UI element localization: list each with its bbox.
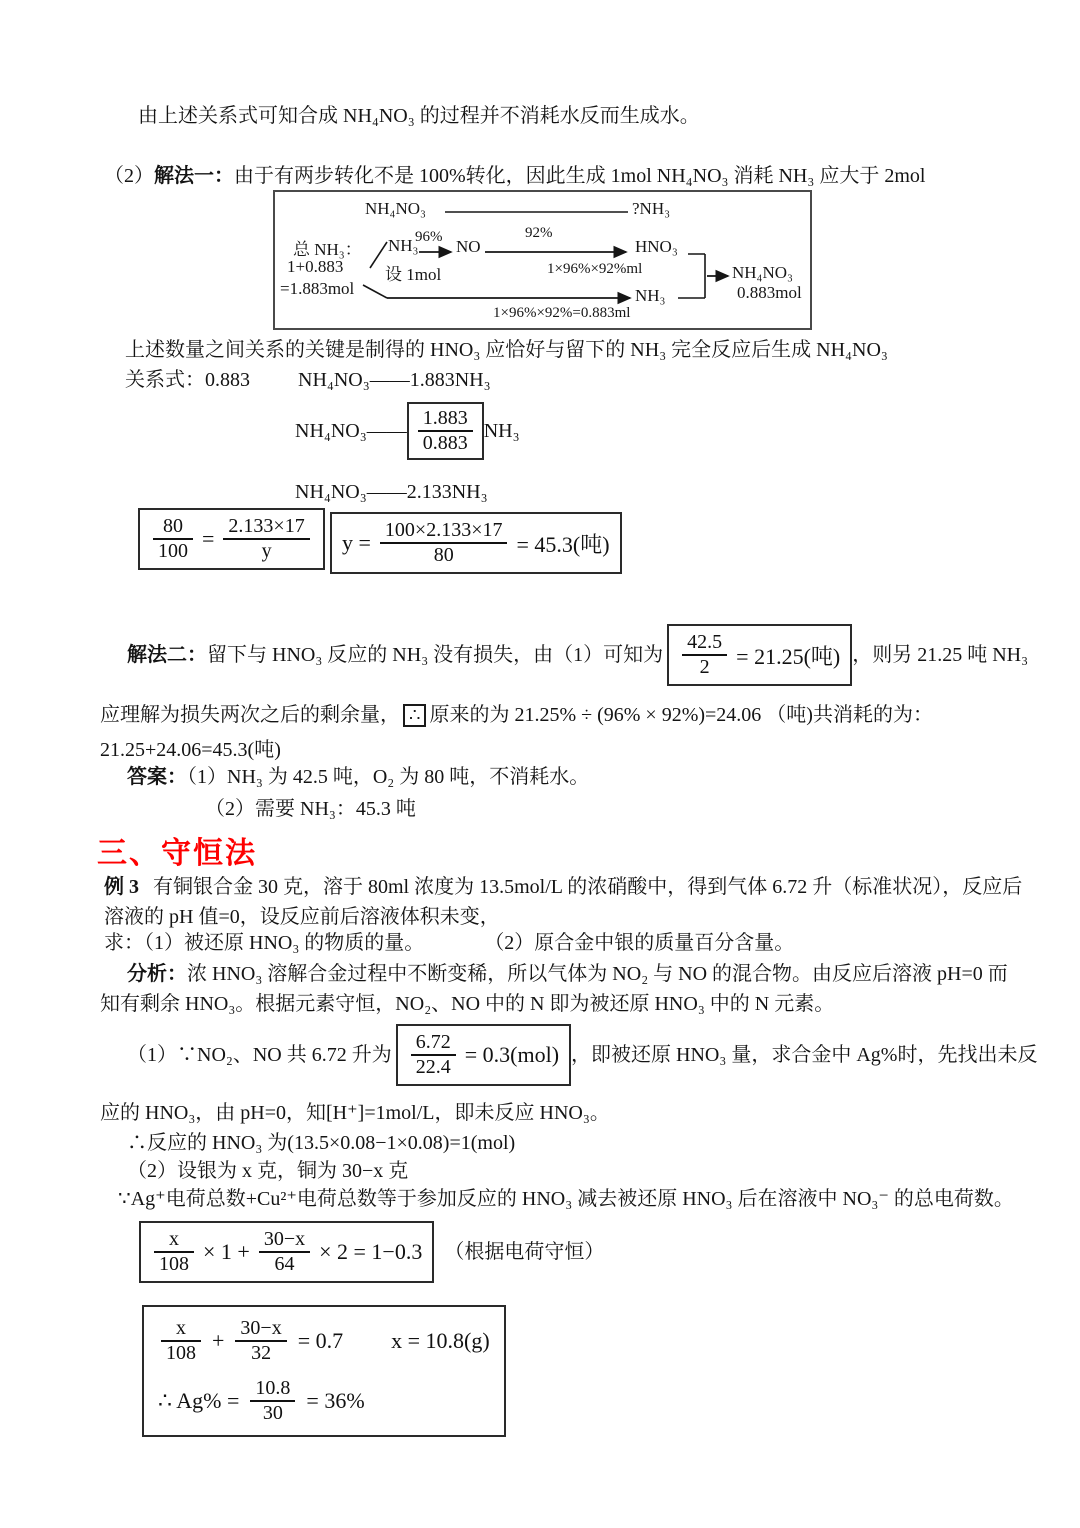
frac-den: 30 [250,1402,295,1425]
frac-den: 64 [259,1253,310,1276]
diagram-hno3: HNO₃ [635,237,678,257]
therefore-symbol-boxed: ∴ [403,704,426,728]
charge-eq-note: （根据电荷守恒） [444,1239,604,1266]
example3-label: 例 3 [104,876,139,898]
y-lead: y = [342,530,371,556]
relation-2133: NH₄NO₃——2.133NH₃ [295,479,488,506]
method1-prefix: （2） [104,165,154,187]
frac-den: 100 [153,540,193,563]
example3-question1: 求：（1）被还原 HNO₃ 的物质的量。 [104,930,424,957]
diagram-assume-1mol: 设 1mol [385,260,441,285]
frac-num: 80 [153,515,193,540]
analysis-label: 分析： [127,963,187,985]
frac-num: 30−x [235,1317,286,1342]
reaction-flow-diagram: NH₄NO₃ ?NH₃ 总 NH₃： 1+0.883 =1.883mol NH₃… [273,190,812,330]
relation-line: 关系式：0.883 NH₄NO₃——1.883NH₃ [125,367,491,394]
frac-num: 2.133×17 [223,515,309,540]
frac-den: 108 [154,1253,194,1276]
frac-num: x [154,1228,194,1253]
eq2-plus: + [212,1328,224,1354]
method2-cont-line: 应理解为损失两次之后的剩余量， ∴ 原来的为 21.25% ÷ (96% × 9… [100,702,933,729]
final-eq-line2: ∴ Ag% = 10.830 = 36% [158,1377,490,1425]
analysis-line2: 知有剩余 HNO₃。根据元素守恒，NO₂、NO 中的 N 即为被还原 HNO₃ … [100,991,834,1018]
charge-eq-row: x108 × 1 + 30−x64 × 2 = 1−0.3 （根据电荷守恒） [139,1221,604,1283]
answer-line1: 答案：（1）NH₃ 为 42.5 吨，O₂ 为 80 吨，不消耗水。 [127,764,589,791]
method2-post: ，则另 21.25 吨 NH₃ [852,642,1028,669]
diagram-question-nh3: ?NH₃ [632,199,670,219]
method2-box: 42.52 = 21.25(吨) [667,624,852,686]
frac-den: 80 [380,544,508,567]
y-result: = 45.3(吨) [516,528,609,559]
document-page: 由上述关系式可知合成 NH₄NO₃ 的过程并不消耗水反而生成水。 （2）解法一：… [0,0,1080,1528]
step1-pre: （1）∵NO₂、NO 共 6.72 升为 [127,1042,392,1069]
eq1-tail: × 2 = 1−0.3 [319,1239,422,1265]
frac-den: 32 [235,1342,286,1365]
analysis-line1: 分析：浓 HNO₃ 溶解合金过程中不断变稀，所以气体为 NO₂ 与 NO 的混合… [127,961,1008,988]
frac-num: x [161,1317,201,1342]
method2-cont-pre: 应理解为损失两次之后的剩余量， [100,702,400,729]
diagram-result-amount: 0.883mol [737,283,802,303]
diagram-result-formula: NH₄NO₃ [732,263,793,283]
relation-label: 关系式：0.883 [125,367,250,394]
diagram-total-sum: 1+0.883 [287,257,343,277]
step1-conclusion: ∴反应的 HNO₃ 为(13.5×0.08−1×0.08)=1(mol) [127,1130,515,1157]
example3-line3: 求：（1）被还原 HNO₃ 的物质的量。 （2）原合金中银的质量百分含量。 [104,930,794,957]
final-eq-line1: x108 + 30−x32 = 0.7 x = 10.8(g) [158,1317,490,1365]
answer-text1: （1）NH₃ 为 42.5 吨，O₂ 为 80 吨，不消耗水。 [187,766,589,788]
frac-num: 30−x [259,1228,310,1253]
frac-num: 100×2.133×17 [380,519,508,544]
frac-num: 42.5 [682,631,727,656]
key-sentence: 上述数量之间关系的关键是制得的 HNO₃ 应恰好与留下的 NH₃ 完全反应后生成… [125,337,888,364]
method2-line: 解法二： 留下与 HNO₃ 反应的 NH₃ 没有损失，由（1）可知为 42.52… [127,624,1028,686]
intro-paragraph: 由上述关系式可知合成 NH₄NO₃ 的过程并不消耗水反而生成水。 [138,103,700,130]
eq1-mid: × 1 + [203,1239,250,1265]
step1-eq: = 0.3(mol) [465,1042,559,1068]
step2-because: ∵Ag⁺电荷总数+Cu²⁺电荷总数等于参加反应的 HNO₃ 减去被还原 HNO₃… [118,1186,1014,1213]
method1-text: 由于有两步转化不是 100%转化，因此生成 1mol NH₄NO₃ 消耗 NH₃… [234,165,925,187]
step1-post: ，即被还原 HNO₃ 量，求合金中 Ag%时，先找出未反 [571,1042,1037,1069]
fraction-relation-line: NH₄NO₃—— 1.8830.883 NH₃ [295,400,520,462]
diagram-nh3-mid: NH₃ [388,236,418,256]
diagram-nh3-bottom: NH₃ [635,286,665,306]
fraction-relation-right: NH₃ [484,418,520,445]
method2-label: 解法二： [127,642,207,669]
frac-den: 22.4 [411,1056,456,1079]
method1-label: 解法一： [154,165,234,187]
eq2-lead2: ∴ Ag% = [158,1388,239,1414]
relation-formula: NH₄NO₃——1.883NH₃ [298,367,491,394]
example3-question2: （2）原合金中银的质量百分含量。 [484,930,794,957]
proportion-box: 80100 = 2.133×17y [138,508,325,570]
frac-num: 10.8 [250,1377,295,1402]
solve-y-box: y = 100×2.133×1780 = 45.3(吨) [330,512,622,574]
answer-label: 答案： [127,766,187,788]
step1-line: （1）∵NO₂、NO 共 6.72 升为 6.7222.4 = 0.3(mol)… [127,1026,1037,1084]
fraction-relation-box: 1.8830.883 [407,402,484,460]
frac-num: 1.883 [418,407,473,432]
eq2-r1: = 0.7 [298,1328,343,1354]
equals-sign: = [202,526,214,552]
diagram-92pct-label: 92% [525,225,553,242]
final-solution-box: x108 + 30−x32 = 0.7 x = 10.8(g) ∴ Ag% = … [142,1305,506,1437]
frac-num: 6.72 [411,1031,456,1056]
eq2-r2: x = 10.8(g) [391,1328,490,1354]
method2-cont-post: 原来的为 21.25% ÷ (96% × 92%)=24.06 （吨)共消耗的为… [429,702,933,729]
analysis-text1: 浓 HNO₃ 溶解合金过程中不断变稀，所以气体为 NO₂ 与 NO 的混合物。由… [187,963,1008,985]
frac-den: 0.883 [418,432,473,455]
step2-setup: （2）设银为 x 克，铜为 30−x 克 [127,1158,408,1185]
method2-pre: 留下与 HNO₃ 反应的 NH₃ 没有损失，由（1）可知为 [207,642,663,669]
frac-den: 108 [161,1342,201,1365]
method2-sum-line: 21.25+24.06=45.3(吨) [100,737,281,764]
diagram-96pct-label: 96% [415,229,443,246]
method1-line: （2）解法一：由于有两步转化不是 100%转化，因此生成 1mol NH₄NO₃… [104,163,925,190]
frac-den: 2 [682,656,727,679]
diagram-nh4no3-top: NH₄NO₃ [365,199,426,219]
diagram-mid-calc: 1×96%×92%ml [547,261,642,278]
step1-box: 6.7222.4 = 0.3(mol) [396,1024,571,1086]
fraction-relation-left: NH₄NO₃—— [295,418,407,445]
diagram-total-result: =1.883mol [280,279,354,299]
section-heading: 三、守恒法 [97,828,257,872]
example3-text1: 有铜银合金 30 克，溶于 80ml 浓度为 13.5mol/L 的浓硝酸中，得… [153,876,1022,898]
charge-eq-box: x108 × 1 + 30−x64 × 2 = 1−0.3 [139,1221,434,1283]
answer-line2: （2）需要 NH₃：45.3 吨 [205,796,416,823]
frac-den: y [223,540,309,563]
example3-line1: 例 3有铜银合金 30 克，溶于 80ml 浓度为 13.5mol/L 的浓硝酸… [104,874,1022,901]
diagram-no: NO [456,237,481,257]
diagram-bottom-calc: 1×96%×92%=0.883ml [493,305,630,322]
method2-eq: = 21.25(吨) [736,640,840,671]
step1-cont: 应的 HNO₃，由 pH=0，知[H⁺]=1mol/L，即未反应 HNO₃。 [100,1100,610,1127]
eq2-r3: = 36% [306,1388,364,1414]
example3-line2: 溶液的 pH 值=0，设反应前后溶液体积未变， [104,904,500,931]
